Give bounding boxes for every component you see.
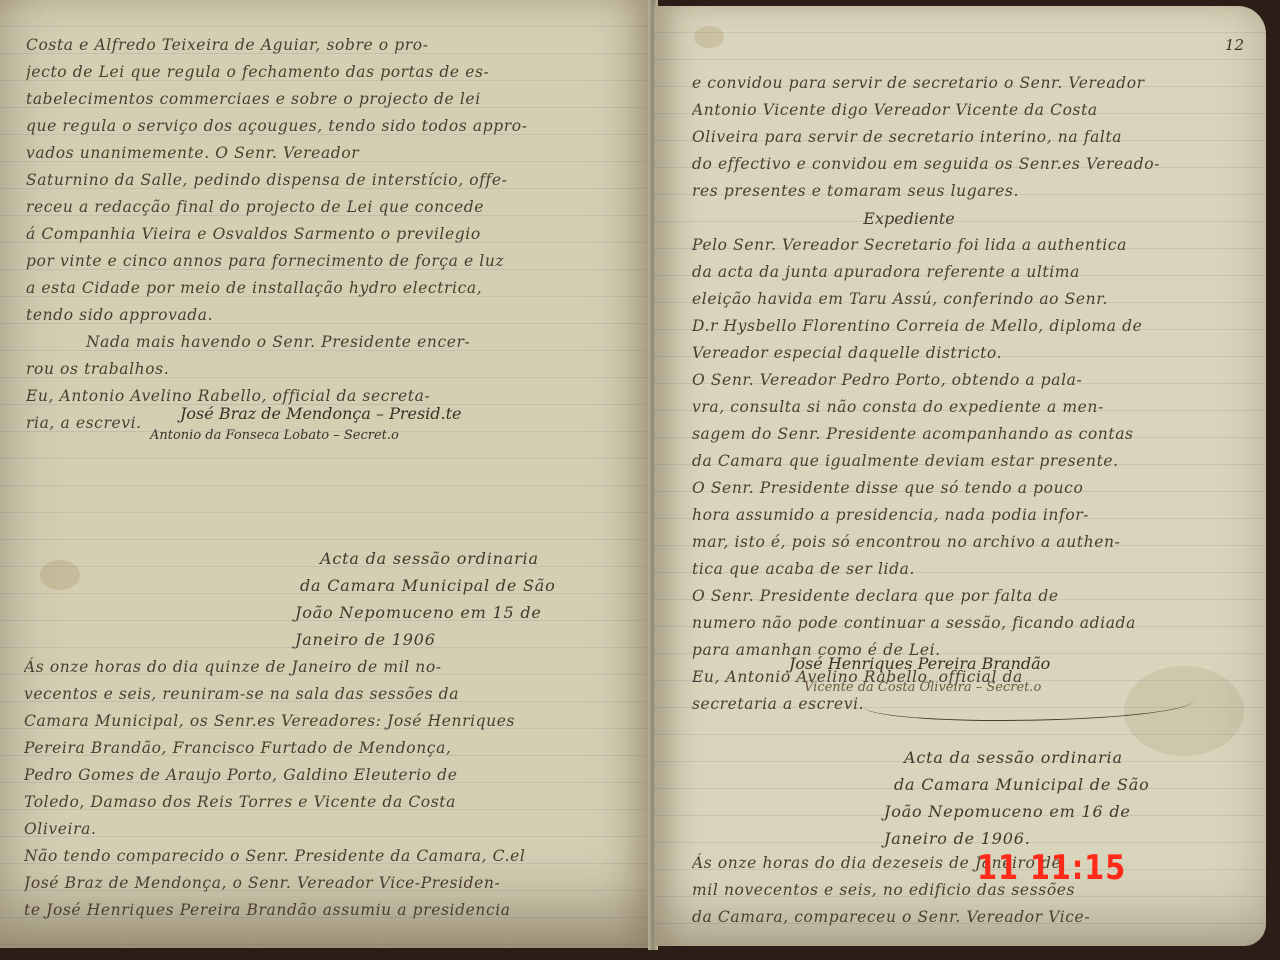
heading-line: da Camara Municipal de São	[300, 572, 556, 599]
text-line: tendo sido approvada.	[26, 302, 654, 329]
heading-line: Acta da sessão ordinaria	[320, 545, 556, 572]
ledger-photo: Costa e Alfredo Teixeira de Aguiar, sobr…	[0, 0, 1280, 960]
paper-stain	[694, 26, 724, 48]
text-line: Camara Municipal, os Senr.es Vereadores:…	[24, 708, 654, 735]
text-line: res presentes e tomaram seus lugares.	[692, 178, 1266, 205]
text-line: rou os trabalhos.	[26, 356, 654, 383]
text-line: numero não pode continuar a sessão, fica…	[692, 610, 1266, 637]
text-line: Nada mais havendo o Senr. Presidente enc…	[26, 329, 654, 356]
page-number: 12	[1225, 36, 1244, 54]
text-line: te José Henriques Pereira Brandão assumi…	[24, 897, 654, 924]
text-line: O Senr. Presidente declara que por falta…	[692, 583, 1266, 610]
signature-vice-president: José Henriques Pereira Brandão	[789, 654, 1050, 673]
text-line: Ás onze horas do dia quinze de Janeiro d…	[24, 654, 654, 681]
heading-line: Acta da sessão ordinaria	[904, 744, 1150, 771]
text-line: Saturnino da Salle, pedindo dispensa de …	[26, 167, 654, 194]
text-line: da Camara, compareceu o Senr. Vereador V…	[692, 904, 1266, 931]
text-line: hora assumido a presidencia, nada podia …	[692, 502, 1266, 529]
text-line: Pedro Gomes de Araujo Porto, Galdino Ele…	[24, 762, 654, 789]
section-title-expediente: Expediente	[552, 205, 1266, 232]
text-line: e convidou para servir de secretario o S…	[692, 70, 1266, 97]
text-line: Vereador especial daquelle districto.	[692, 340, 1266, 367]
text-line: eleição havida em Taru Assú, conferindo …	[692, 286, 1266, 313]
text-line: Antonio Vicente digo Vereador Vicente da…	[692, 97, 1266, 124]
text-line: por vinte e cinco annos para forneciment…	[26, 248, 654, 275]
heading-line: João Nepomuceno em 16 de	[884, 798, 1150, 825]
text-line: tica que acaba de ser lida.	[692, 556, 1266, 583]
heading-line: Janeiro de 1906	[295, 626, 556, 653]
paper-stain	[40, 560, 80, 590]
text-line: que regula o serviço dos açougues, tendo…	[26, 113, 654, 140]
text-line: a esta Cidade por meio de installação hy…	[26, 275, 654, 302]
text-line: vados unanimemente. O Senr. Vereador	[26, 140, 654, 167]
text-line: vra, consulta si não consta do expedient…	[692, 394, 1266, 421]
right-opening-text: e convidou para servir de secretario o S…	[692, 70, 1266, 718]
text-line: mar, isto é, pois só encontrou no archiv…	[692, 529, 1266, 556]
text-line: Oliveira para servir de secretario inter…	[692, 124, 1266, 151]
text-line: Oliveira.	[24, 816, 654, 843]
camera-timestamp: 11 11:15	[977, 848, 1126, 888]
text-line: Costa e Alfredo Teixeira de Aguiar, sobr…	[26, 32, 654, 59]
entry-heading-16-jan-1906: Acta da sessão ordinaria da Camara Munic…	[904, 744, 1150, 852]
text-line: da acta da junta apuradora referente a u…	[692, 259, 1266, 286]
text-line: D.r Hysbello Florentino Correia de Mello…	[692, 313, 1266, 340]
text-line: sagem do Senr. Presidente acompanhando a…	[692, 421, 1266, 448]
signature-president: José Braz de Mendonça – Presid.te	[180, 404, 462, 423]
text-line: Pelo Senr. Vereador Secretario foi lida …	[692, 232, 1266, 259]
entry-heading-15-jan-1906: Acta da sessão ordinaria da Camara Munic…	[320, 545, 556, 653]
text-line: do effectivo e convidou em seguida os Se…	[692, 151, 1266, 178]
left-continuation-text: Costa e Alfredo Teixeira de Aguiar, sobr…	[26, 32, 654, 437]
text-line: da Camara que igualmente deviam estar pr…	[692, 448, 1266, 475]
heading-line: da Camara Municipal de São	[894, 771, 1150, 798]
text-line: Não tendo comparecido o Senr. Presidente…	[24, 843, 654, 870]
left-page: Costa e Alfredo Teixeira de Aguiar, sobr…	[0, 0, 654, 948]
text-line: Pereira Brandão, Francisco Furtado de Me…	[24, 735, 654, 762]
text-line: vecentos e seis, reuniram-se na sala das…	[24, 681, 654, 708]
text-line: tabelecimentos commerciaes e sobre o pro…	[26, 86, 654, 113]
entry-body-15-jan-1906: Ás onze horas do dia quinze de Janeiro d…	[24, 654, 654, 924]
text-line: jecto de Lei que regula o fechamento das…	[26, 59, 654, 86]
text-line: O Senr. Vereador Pedro Porto, obtendo a …	[692, 367, 1266, 394]
text-line: O Senr. Presidente disse que só tendo a …	[692, 475, 1266, 502]
right-page: 12 e convidou para servir de secretario …	[654, 6, 1266, 946]
heading-line: João Nepomuceno em 15 de	[295, 599, 556, 626]
text-line: José Braz de Mendonça, o Senr. Vereador …	[24, 870, 654, 897]
text-line: Toledo, Damaso dos Reis Torres e Vicente…	[24, 789, 654, 816]
signature-secretary: Antonio da Fonseca Lobato – Secret.o	[150, 428, 399, 443]
